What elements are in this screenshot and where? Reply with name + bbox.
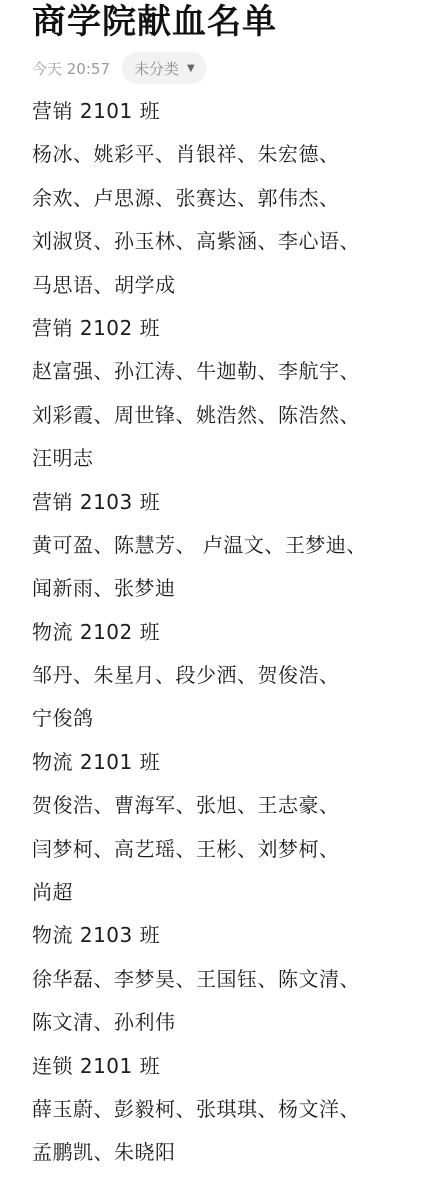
name-list-line: 余欢、卢思源、张赛达、郭伟杰、 — [32, 177, 430, 220]
name-list-line: 刘彩霞、周世锋、姚浩然、陈浩然、 — [32, 394, 430, 437]
name-list-line: 邹丹、朱星月、段少洒、贺俊浩、 — [32, 654, 430, 697]
class-heading: 营销 2102 班 — [32, 307, 430, 350]
class-heading: 营销 2101 班 — [32, 90, 430, 133]
name-list-line: 尚超 — [32, 871, 430, 914]
class-heading: 物流 2101 班 — [32, 741, 430, 784]
name-list-line: 薛玉蔚、彭毅柯、张琪琪、杨文洋、 — [32, 1088, 430, 1131]
category-label: 未分类 — [134, 58, 179, 79]
name-list-line: 贺俊浩、曹海军、张旭、王志豪、 — [32, 784, 430, 827]
class-heading: 物流 2103 班 — [32, 914, 430, 957]
name-list-line: 汪明志 — [32, 437, 430, 480]
caret-down-icon: ▼ — [187, 63, 195, 74]
name-list-line: 徐华磊、李梦昊、王国钰、陈文清、 — [32, 958, 430, 1001]
name-list-line: 黄可盈、陈慧芳、 卢温文、王梦迪、 — [32, 524, 430, 567]
name-list-line: 马思语、胡学成 — [32, 264, 430, 307]
name-list-line: 宁俊鸽 — [32, 697, 430, 740]
note-body[interactable]: 营销 2101 班 杨冰、姚彩平、肖银祥、朱宏德、 余欢、卢思源、张赛达、郭伟杰… — [32, 90, 430, 1175]
category-dropdown[interactable]: 未分类 ▼ — [122, 52, 207, 84]
name-list-line: 杨冰、姚彩平、肖银祥、朱宏德、 — [32, 133, 430, 176]
name-list-line: 赵富强、孙江涛、牛迦勒、李航宇、 — [32, 350, 430, 393]
class-heading: 连锁 2101 班 — [32, 1045, 430, 1088]
class-heading: 营销 2103 班 — [32, 481, 430, 524]
name-list-line: 孟鹏凯、朱晓阳 — [32, 1131, 430, 1174]
note-page: 商学院献血名单 今天 20:57 未分类 ▼ 营销 2101 班 杨冰、姚彩平、… — [0, 0, 430, 1175]
name-list-line: 闻新雨、张梦迪 — [32, 567, 430, 610]
name-list-line: 刘淑贤、孙玉林、高紫涵、李心语、 — [32, 220, 430, 263]
note-meta: 今天 20:57 未分类 ▼ — [32, 52, 430, 84]
name-list-line: 闫梦柯、高艺瑶、王彬、刘梦柯、 — [32, 828, 430, 871]
note-title[interactable]: 商学院献血名单 — [32, 0, 430, 42]
name-list-line: 陈文清、孙利伟 — [32, 1001, 430, 1044]
note-timestamp: 今天 20:57 — [32, 58, 110, 79]
class-heading: 物流 2102 班 — [32, 611, 430, 654]
